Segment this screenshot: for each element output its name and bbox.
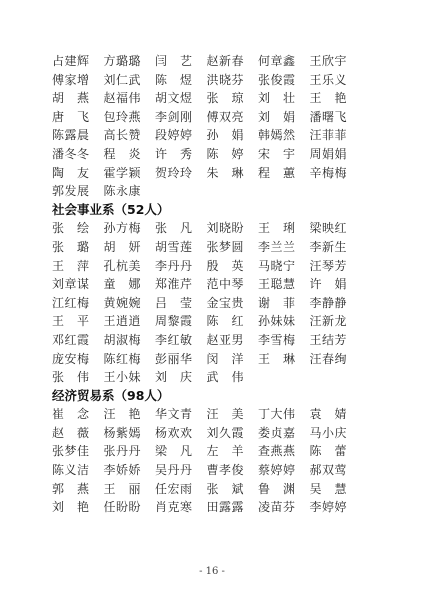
person-name: 洪晓芬 <box>207 71 259 90</box>
name-row: 张梦佳张丹丹梁 凡左 羊查燕燕陈 蕾 <box>52 442 382 461</box>
person-name: 王乐义 <box>310 71 362 90</box>
person-name: 傅双亮 <box>207 108 259 127</box>
person-name: 陈 红 <box>207 312 259 331</box>
person-name: 刘 壮 <box>258 89 310 108</box>
person-name: 吕 莹 <box>155 294 207 313</box>
name-row: 陈露晨高长赞段婷婷孙 娟韩嫣然汪菲菲 <box>52 126 382 145</box>
person-name: 占建辉 <box>52 52 104 71</box>
person-name: 曹孝俊 <box>207 461 259 480</box>
person-name: 刘久霞 <box>207 424 259 443</box>
person-name: 闵 洋 <box>207 350 259 369</box>
person-name: 刘 庆 <box>155 368 207 387</box>
person-name: 韩嫣然 <box>258 126 310 145</box>
person-name: 任宏雨 <box>155 480 207 499</box>
name-row: 江红梅黄婉婉吕 莹金宝贵谢 菲李静静 <box>52 294 382 313</box>
name-row: 唐 飞包玲燕李剑刚傅双亮刘 娟潘曙飞 <box>52 108 382 127</box>
person-name: 凌苗芬 <box>258 498 310 517</box>
person-name: 黄婉婉 <box>104 294 156 313</box>
person-name: 胡 燕 <box>52 89 104 108</box>
person-name: 孙 娟 <box>207 126 259 145</box>
section-heading: 经济贸易系（98人） <box>52 387 382 406</box>
name-list-page: 占建辉方璐璐闫 艺赵新春何章鑫王欣宇傅家增刘仁武陈 煜洪晓芬张俊霞王乐义胡 燕赵… <box>52 52 382 517</box>
person-name: 赵 薇 <box>52 424 104 443</box>
person-name: 任盼盼 <box>104 498 156 517</box>
person-name: 汪春绚 <box>310 350 362 369</box>
person-name: 郑淮芹 <box>155 275 207 294</box>
name-row: 张 璐胡 妍胡雪莲张梦圆李兰兰李新生 <box>52 238 382 257</box>
person-name: 刘 娟 <box>258 108 310 127</box>
person-name: 陶 友 <box>52 164 104 183</box>
person-name: 袁 婧 <box>310 405 362 424</box>
person-name: 彭丽华 <box>155 350 207 369</box>
person-name: 包玲燕 <box>104 108 156 127</box>
person-name: 杨欢欢 <box>155 424 207 443</box>
person-name: 陈 煜 <box>155 71 207 90</box>
person-name: 周黎霞 <box>155 312 207 331</box>
person-name: 刘仁武 <box>104 71 156 90</box>
person-name: 张 伟 <box>52 368 104 387</box>
person-name: 张丹丹 <box>104 442 156 461</box>
person-name: 张 绘 <box>52 219 104 238</box>
person-name: 王 艳 <box>310 89 362 108</box>
name-row: 庞安梅陈红梅彭丽华闵 洋王 琳汪春绚 <box>52 350 382 369</box>
person-name: 鲁 渊 <box>258 480 310 499</box>
name-row: 傅家增刘仁武陈 煜洪晓芬张俊霞王乐义 <box>52 71 382 90</box>
person-name: 孙妹妹 <box>258 312 310 331</box>
person-name: 程 炎 <box>104 145 156 164</box>
person-name: 汪新龙 <box>310 312 362 331</box>
person-name: 王聪慧 <box>258 275 310 294</box>
person-name: 娄贞嘉 <box>258 424 310 443</box>
person-name: 汪琴芳 <box>310 257 362 276</box>
person-name: 庞安梅 <box>52 350 104 369</box>
person-name: 李娇娇 <box>104 461 156 480</box>
name-row: 胡 燕赵福伟胡文煜张 琼刘 壮王 艳 <box>52 89 382 108</box>
person-name: 陈红梅 <box>104 350 156 369</box>
person-name: 王 琍 <box>258 219 310 238</box>
person-name: 张 璐 <box>52 238 104 257</box>
person-name: 陈 婷 <box>207 145 259 164</box>
person-name: 陈义洁 <box>52 461 104 480</box>
person-name: 刘 艳 <box>52 498 104 517</box>
person-name: 何章鑫 <box>258 52 310 71</box>
person-name: 汪菲菲 <box>310 126 362 145</box>
person-name: 马小庆 <box>310 424 362 443</box>
person-name: 李雪梅 <box>258 331 310 350</box>
person-name: 周娟娟 <box>310 145 362 164</box>
person-name: 张 琼 <box>207 89 259 108</box>
person-name: 马晓宁 <box>258 257 310 276</box>
person-name: 查燕燕 <box>258 442 310 461</box>
person-name: 闫 艺 <box>155 52 207 71</box>
person-name: 唐 飞 <box>52 108 104 127</box>
person-name: 孙方梅 <box>104 219 156 238</box>
person-name: 王 琳 <box>258 350 310 369</box>
person-name: 段婷婷 <box>155 126 207 145</box>
name-row: 刘 艳任盼盼肖克寒田露露凌苗芬李婷婷 <box>52 498 382 517</box>
person-name: 梁 凡 <box>155 442 207 461</box>
person-name: 李剑刚 <box>155 108 207 127</box>
page-number: - 16 - <box>0 566 424 577</box>
person-name: 贺玲玲 <box>155 164 207 183</box>
person-name: 王 萍 <box>52 257 104 276</box>
person-name: 王 平 <box>52 312 104 331</box>
person-name: 谢 菲 <box>258 294 310 313</box>
person-name: 赵福伟 <box>104 89 156 108</box>
person-name: 李红敏 <box>155 331 207 350</box>
name-row: 邓红霞胡淑梅李红敏赵亚男李雪梅王结芳 <box>52 331 382 350</box>
person-name: 潘曙飞 <box>310 108 362 127</box>
person-name: 张梦佳 <box>52 442 104 461</box>
person-name: 童 娜 <box>104 275 156 294</box>
name-row: 占建辉方璐璐闫 艺赵新春何章鑫王欣宇 <box>52 52 382 71</box>
name-row: 张 绘孙方梅张 凡刘晓盼王 琍梁映红 <box>52 219 382 238</box>
person-name: 杨紫嫣 <box>104 424 156 443</box>
person-name: 刘章谋 <box>52 275 104 294</box>
person-name: 丁大伟 <box>258 405 310 424</box>
person-name: 李丹丹 <box>155 257 207 276</box>
person-name: 陈永康 <box>104 182 156 201</box>
person-name: 汪 艳 <box>104 405 156 424</box>
person-name: 金宝贵 <box>207 294 259 313</box>
name-row: 刘章谋童 娜郑淮芹范中琴王聪慧许 娟 <box>52 275 382 294</box>
person-name: 傅家增 <box>52 71 104 90</box>
person-name: 李婷婷 <box>310 498 362 517</box>
person-name: 胡淑梅 <box>104 331 156 350</box>
person-name: 王逍逍 <box>104 312 156 331</box>
section-heading: 社会事业系（52人） <box>52 201 382 220</box>
person-name: 辛梅梅 <box>310 164 362 183</box>
person-name: 张梦圆 <box>207 238 259 257</box>
person-name: 郭发展 <box>52 182 104 201</box>
person-name: 吴 慧 <box>310 480 362 499</box>
person-name: 左 羊 <box>207 442 259 461</box>
person-name: 方璐璐 <box>104 52 156 71</box>
name-row: 陈义洁李娇娇吴丹丹曹孝俊蔡婷婷郝双莺 <box>52 461 382 480</box>
person-name: 赵亚男 <box>207 331 259 350</box>
person-name: 梁映红 <box>310 219 362 238</box>
name-row: 王 萍孔杭美李丹丹殷 英马晓宁汪琴芳 <box>52 257 382 276</box>
person-name: 王欣宇 <box>310 52 362 71</box>
name-row: 陶 友霍学颖贺玲玲朱 琳程 蕙辛梅梅 <box>52 164 382 183</box>
person-name: 江红梅 <box>52 294 104 313</box>
person-name: 郝双莺 <box>310 461 362 480</box>
person-name: 胡 妍 <box>104 238 156 257</box>
person-name: 许 秀 <box>155 145 207 164</box>
person-name: 吴丹丹 <box>155 461 207 480</box>
person-name: 邓红霞 <box>52 331 104 350</box>
person-name: 肖克寒 <box>155 498 207 517</box>
person-name: 武 伟 <box>207 368 259 387</box>
name-row: 潘冬冬程 炎许 秀陈 婷宋 宇周娟娟 <box>52 145 382 164</box>
person-name: 李新生 <box>310 238 362 257</box>
person-name: 张俊霞 <box>258 71 310 90</box>
person-name: 程 蕙 <box>258 164 310 183</box>
person-name: 陈露晨 <box>52 126 104 145</box>
person-name: 朱 琳 <box>207 164 259 183</box>
person-name: 刘晓盼 <box>207 219 259 238</box>
person-name: 蔡婷婷 <box>258 461 310 480</box>
person-name: 张 斌 <box>207 480 259 499</box>
name-row: 赵 薇杨紫嫣杨欢欢刘久霞娄贞嘉马小庆 <box>52 424 382 443</box>
name-row: 崔 念汪 艳华文青汪 美丁大伟袁 婧 <box>52 405 382 424</box>
person-name: 田露露 <box>207 498 259 517</box>
person-name: 殷 英 <box>207 257 259 276</box>
person-name: 孔杭美 <box>104 257 156 276</box>
person-name: 陈 蕾 <box>310 442 362 461</box>
name-row: 王 平王逍逍周黎霞陈 红孙妹妹汪新龙 <box>52 312 382 331</box>
name-row: 郭发展陈永康 <box>52 182 382 201</box>
person-name: 高长赞 <box>104 126 156 145</box>
person-name: 胡文煜 <box>155 89 207 108</box>
person-name: 王小妹 <box>104 368 156 387</box>
person-name: 赵新春 <box>207 52 259 71</box>
person-name: 华文青 <box>155 405 207 424</box>
name-row: 张 伟王小妹刘 庆武 伟 <box>52 368 382 387</box>
person-name: 范中琴 <box>207 275 259 294</box>
person-name: 张 凡 <box>155 219 207 238</box>
person-name: 汪 美 <box>207 405 259 424</box>
person-name: 宋 宇 <box>258 145 310 164</box>
person-name: 王 丽 <box>104 480 156 499</box>
person-name: 霍学颖 <box>104 164 156 183</box>
person-name: 郭 燕 <box>52 480 104 499</box>
person-name: 潘冬冬 <box>52 145 104 164</box>
person-name: 崔 念 <box>52 405 104 424</box>
person-name: 许 娟 <box>310 275 362 294</box>
person-name: 李兰兰 <box>258 238 310 257</box>
name-row: 郭 燕王 丽任宏雨张 斌鲁 渊吴 慧 <box>52 480 382 499</box>
person-name: 李静静 <box>310 294 362 313</box>
person-name: 王结芳 <box>310 331 362 350</box>
person-name: 胡雪莲 <box>155 238 207 257</box>
